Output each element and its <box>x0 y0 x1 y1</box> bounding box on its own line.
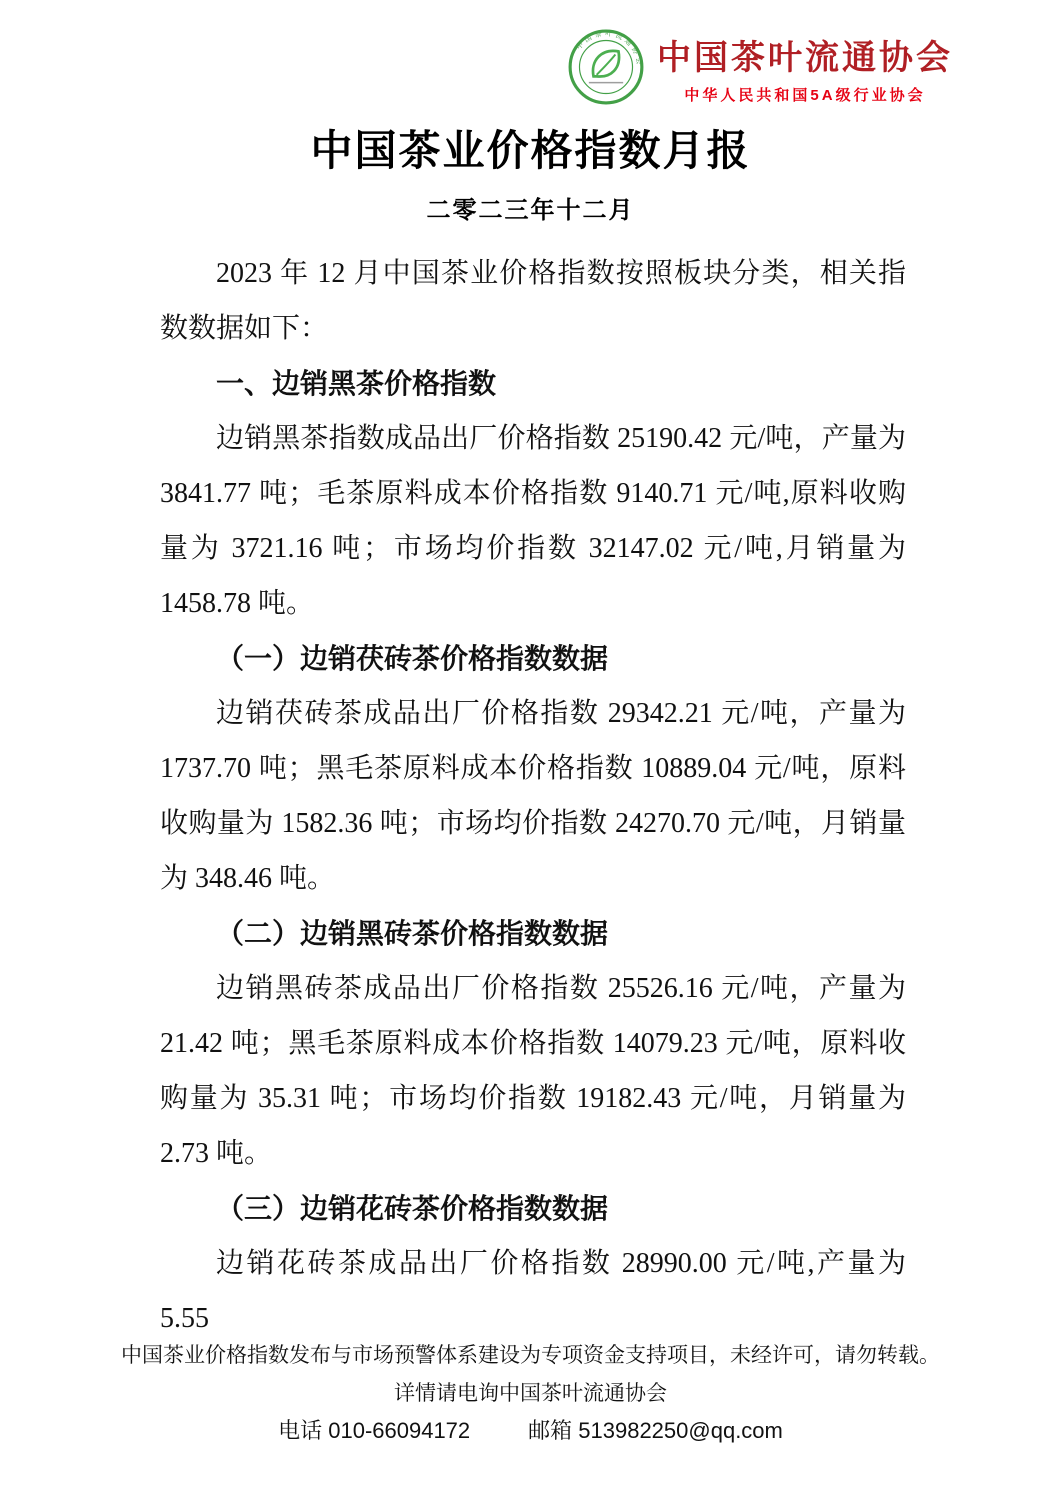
page-subtitle: 二零二三年十二月 <box>0 190 1061 225</box>
page-title: 中国茶业价格指数月报 <box>0 118 1061 178</box>
section-heading-1: 一、边销黑茶价格指数 <box>160 356 906 411</box>
section-heading-3: （二）边销黑砖茶价格指数数据 <box>160 906 906 961</box>
logo-text-column: 中国茶叶流通协会 中华人民共和国5A级行业协会 <box>657 30 953 105</box>
org-name: 中国茶叶流通协会 <box>657 30 953 79</box>
association-logo: 中国茶叶流通协会 中国茶叶流通协会 中华人民共和国5A级行业协会 <box>567 28 953 106</box>
section-paragraph-4: 边销花砖茶成品出厂价格指数 28990.00 元/吨,产量为 5.55 <box>160 1236 906 1346</box>
title-block: 中国茶业价格指数月报 二零二三年十二月 <box>0 118 1061 225</box>
intro-paragraph: 2023 年 12 月中国茶业价格指数按照板块分类，相关指数数据如下： <box>160 246 906 356</box>
org-subtitle: 中华人民共和国5A级行业协会 <box>684 84 925 105</box>
section-heading-4: （三）边销花砖茶价格指数数据 <box>160 1181 906 1236</box>
section-paragraph-2: 边销茯砖茶成品出厂价格指数 29342.21 元/吨，产量为 1737.70 吨… <box>160 686 906 906</box>
association-emblem-icon: 中国茶叶流通协会 <box>567 28 645 106</box>
section-paragraph-3: 边销黑砖茶成品出厂价格指数 25526.16 元/吨，产量为 21.42 吨；黑… <box>160 961 906 1181</box>
footer-phone: 电话 010-66094172 <box>278 1412 470 1450</box>
section-paragraph-1: 边销黑茶指数成品出厂价格指数 25190.42 元/吨，产量为 3841.77 … <box>160 411 906 631</box>
document-page: 中国茶叶流通协会 中国茶叶流通协会 中华人民共和国5A级行业协会 中国茶业价格指… <box>0 0 1061 1500</box>
footer-inquiry: 详情请电询中国茶叶流通协会 <box>0 1374 1061 1412</box>
section-heading-2: （一）边销茯砖茶价格指数数据 <box>160 631 906 686</box>
report-body: 2023 年 12 月中国茶业价格指数按照板块分类，相关指数数据如下： 一、边销… <box>160 246 906 1346</box>
footer-disclaimer: 中国茶业价格指数发布与市场预警体系建设为专项资金支持项目，未经许可，请勿转载。 <box>0 1336 1061 1374</box>
footer-email: 邮箱 513982250@qq.com <box>528 1412 783 1450</box>
page-footer: 中国茶业价格指数发布与市场预警体系建设为专项资金支持项目，未经许可，请勿转载。 … <box>0 1336 1061 1450</box>
footer-contact-row: 电话 010-66094172 邮箱 513982250@qq.com <box>0 1412 1061 1450</box>
